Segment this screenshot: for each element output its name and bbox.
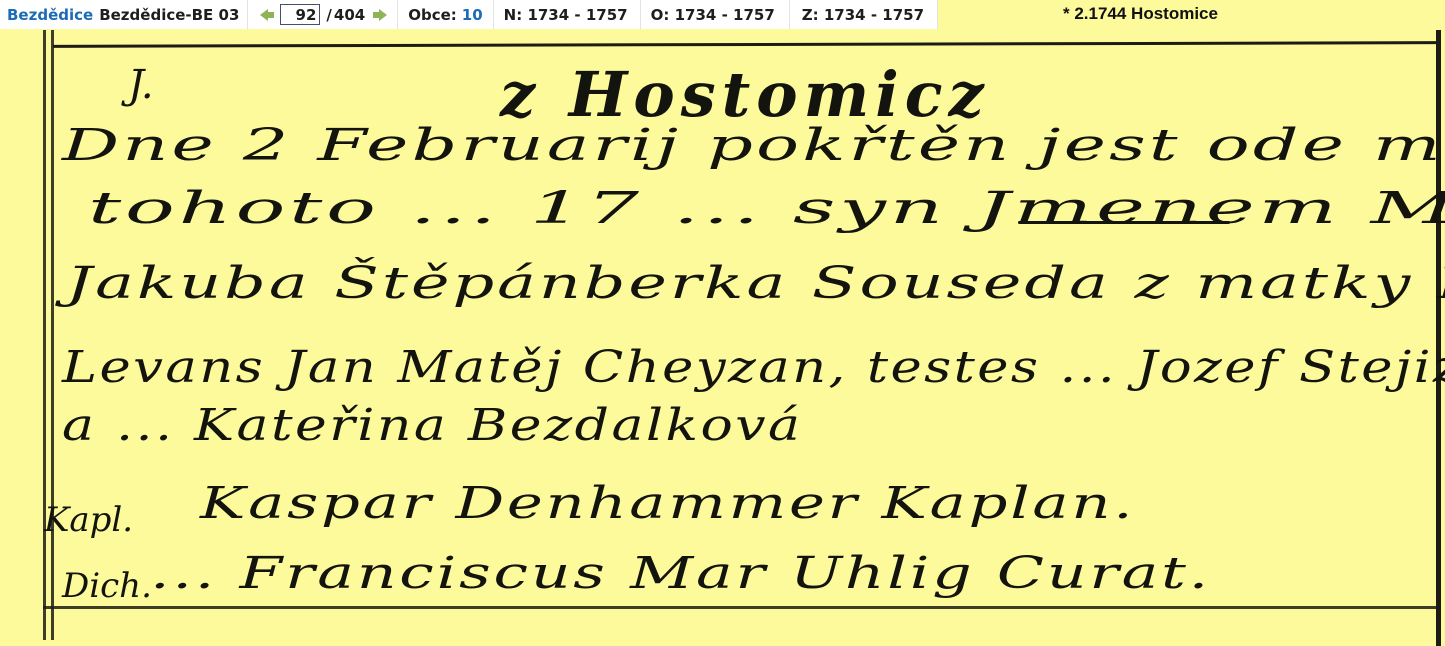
marriages-range[interactable]: O: 1734 - 1757 [641,0,790,29]
margin-note: Dich. [62,566,152,606]
page-number-input[interactable] [280,4,320,25]
manuscript-line-5: a ... Kateřina Bezdalková [62,400,802,451]
name-underline [1018,221,1230,224]
page-border-left-inner [51,30,54,640]
page-navigator: /404 [248,0,398,29]
arrow-left-icon[interactable] [260,9,268,21]
manuscript-line-7: ... Franciscus Mar Uhlig Curat. [150,548,1211,599]
deaths-range[interactable]: Z: 1734 - 1757 [790,0,938,29]
page-border-bottom [43,606,1438,609]
arrow-right-icon[interactable] [379,9,387,21]
page-total: /404 [326,6,365,24]
deaths-label: Z: [802,6,819,24]
book-id: Bezdědice-BE 03 [99,6,239,24]
manuscript-line-6: Kaspar Denhammer Kaplan. [200,478,1135,529]
manuscript-line-1: Dne 2 Februarij pokřtěn jest ode mne Kap… [62,120,1445,171]
page-border-top [53,41,1439,48]
villages-label: Obce: [408,6,457,24]
marriages-label: O: [651,6,670,24]
archive-link[interactable]: Bezdědice [7,6,93,24]
villages-count-value[interactable]: 10 [462,6,483,24]
total-pages: 404 [334,6,365,24]
margin-note: Kapl. [44,500,133,540]
births-years: 1734 - 1757 [527,6,627,24]
page-separator: / [326,6,331,24]
manuscript-line-2: tohoto ... 17 ... syn Jmenem Matěj z Otc… [88,183,1445,234]
villages-count[interactable]: Obce: 10 [398,0,493,29]
margin-note: J. [128,62,154,108]
entry-label: * 2.1744 Hostomice [1063,4,1218,24]
marriages-years: 1734 - 1757 [675,6,775,24]
births-label: N: [504,6,523,24]
page-border-left-outer [43,30,46,640]
deaths-years: 1734 - 1757 [824,6,924,24]
scan-image-viewer[interactable]: z Hostomicz J. Dne 2 Februarij pokřtěn j… [0,0,1445,646]
manuscript-line-3: Jakuba Štěpánberka Souseda z matky Kateř… [66,258,1445,309]
manuscript-line-4: Levans Jan Matěj Cheyzan, testes ... Joz… [62,342,1445,393]
viewer-toolbar: Bezdědice Bezdědice-BE 03 /404 Obce: 10 … [0,0,938,29]
book-info: Bezdědice Bezdědice-BE 03 [0,0,248,29]
births-range[interactable]: N: 1734 - 1757 [494,0,641,29]
